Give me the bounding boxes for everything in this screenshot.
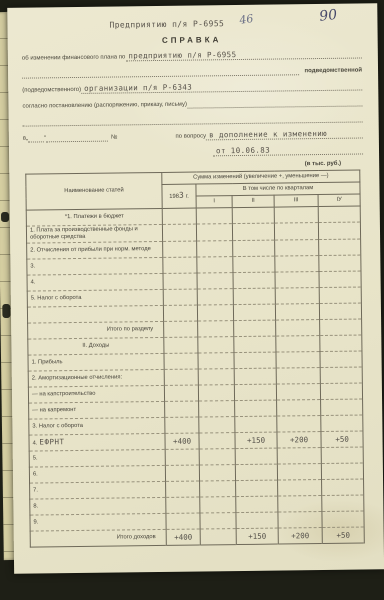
row-label-cell: 5. Налог с оборота [27, 289, 163, 307]
year-value-cell [166, 513, 200, 529]
row-label: Итого по разделу [107, 326, 153, 333]
row-label-cell: 4. [27, 273, 163, 291]
row-label-cell: 1. Прибыль [28, 353, 164, 371]
q4-value-cell: +50 [322, 527, 364, 544]
q3-value-cell [275, 304, 319, 321]
q1-value-cell [198, 321, 234, 337]
row-label: 2. Отчисления от прибыли при норм. метод… [30, 246, 151, 253]
blank-rule [187, 97, 363, 108]
q1-value-cell [200, 481, 236, 497]
row-label-cell: 4.ЕФРНТ [29, 433, 165, 451]
year-value-cell [163, 289, 197, 305]
subordinate-label: подведомственной [304, 66, 362, 75]
row-label: 6. [33, 471, 38, 477]
q2-value-cell [235, 448, 277, 465]
row-label: 7. [33, 487, 38, 493]
row-label: *1. Платежи в бюджет [65, 213, 124, 220]
q1-value-cell [198, 337, 234, 353]
q1-value-cell [198, 385, 234, 401]
binding-mark [1, 212, 9, 222]
q3-value-cell [276, 336, 320, 353]
form-line-organization: (подведомственного) организации п/я Р-63… [22, 81, 362, 94]
q2-value-cell [235, 400, 277, 417]
q3-value-cell [278, 512, 322, 529]
year-typed-digit: 3 [179, 191, 184, 200]
spacer [118, 141, 176, 142]
row-label-cell: *1. Платежи в бюджет [26, 208, 162, 226]
q2-value-cell [236, 512, 278, 529]
row-label-cell: 3. [27, 257, 163, 275]
year-prefix: 198 [169, 194, 179, 200]
q3-value-cell [278, 496, 322, 513]
year-value-cell [164, 385, 198, 401]
q1-value-cell [197, 289, 233, 305]
q1-value-cell [196, 224, 232, 241]
number-sign: № [111, 133, 118, 141]
q1-value-cell [200, 529, 236, 545]
q1-value-cell [197, 241, 233, 257]
q3-value-cell [274, 207, 318, 224]
year-value-cell [166, 481, 200, 497]
plan-change-label: об изменении финансового плана по [22, 53, 126, 62]
form-line-blank [23, 113, 363, 126]
q4-value-cell [320, 335, 362, 352]
q4-value-cell [322, 511, 364, 528]
q4-value-cell [319, 303, 361, 320]
q4-value-cell [320, 383, 362, 400]
q1-value-cell [199, 417, 235, 433]
row-label: 5. [33, 455, 38, 461]
row-label-cell: 7. [30, 481, 166, 499]
quarter-1-header: I [196, 196, 232, 208]
table-header: Наименование статей Сумма изменений (уве… [26, 170, 360, 210]
row-label-cell: — на капстроительство [28, 385, 164, 403]
row-label: 4. [33, 440, 38, 446]
document-title: СПРАВКА [22, 33, 362, 46]
q3-value-cell [276, 384, 320, 401]
year-value-cell [163, 257, 197, 273]
question-label: по вопросу [175, 132, 206, 140]
year-value-cell [165, 401, 199, 417]
q4-value-cell [322, 495, 364, 512]
q3-value-cell [277, 416, 321, 433]
q4-value-cell [320, 319, 362, 336]
q2-value-cell [235, 464, 277, 481]
q2-value-cell: +150 [235, 432, 277, 449]
q3-value-cell [274, 223, 318, 241]
handwritten-number-right: 90 [318, 7, 338, 25]
blank-rule [22, 66, 300, 78]
q4-value-cell [318, 206, 360, 223]
q1-value-cell [199, 449, 235, 465]
year-value-cell [164, 369, 198, 385]
row-label-cell: Итого по разделу [28, 321, 164, 339]
q1-value-cell [199, 401, 235, 417]
q1-value-cell [197, 305, 233, 321]
typed-row-label: ЕФРНТ [39, 437, 64, 446]
q1-value-cell [198, 353, 234, 369]
handwritten-number-left: 46 [239, 12, 255, 27]
q4-value-cell [320, 367, 362, 384]
row-label: II. Доходы [82, 343, 109, 349]
row-label-cell: 1. Плата за производственные фонды и обо… [26, 224, 162, 243]
row-label: 1. Плата за производственные фонды и обо… [30, 226, 138, 240]
q3-value-cell: +200 [278, 528, 322, 545]
blank-rule [23, 113, 363, 126]
q4-value-cell [319, 239, 361, 256]
q4-value-cell [320, 351, 362, 368]
q2-value-cell [233, 256, 275, 273]
table-body: *1. Платежи в бюджет 1. Плата за произво… [26, 206, 364, 547]
q2-value-cell [236, 496, 278, 513]
column-header-names: Наименование статей [26, 172, 162, 210]
changes-table: Наименование статей Сумма изменений (уве… [25, 170, 365, 548]
q1-value-cell [200, 513, 236, 529]
year-value-cell [163, 241, 197, 257]
q1-value-cell [198, 369, 234, 385]
row-label: Итого доходов [117, 534, 156, 540]
q2-value-cell [234, 368, 276, 385]
row-label-cell: Итого доходов [30, 529, 166, 547]
q3-value-cell [276, 368, 320, 385]
year-value-cell [162, 224, 196, 241]
q3-value-cell [275, 240, 319, 257]
q4-value-cell [319, 287, 361, 304]
q4-value-cell [319, 271, 361, 288]
row-label: 9. [33, 519, 38, 525]
q3-value-cell [275, 272, 319, 289]
row-label-cell: 3. Налог с оборота [29, 417, 165, 435]
row-label-cell: II. Доходы [28, 337, 164, 355]
row-label-cell: — на капремонт [29, 401, 165, 419]
row-label-cell: 2. Отчисления от прибыли при норм. метод… [27, 241, 163, 259]
q3-value-cell [277, 464, 321, 481]
q4-value-cell [321, 399, 363, 416]
document-content: 46 90 Предприятию п/я Р-6955 СПРАВКА об … [7, 3, 384, 547]
row-label: 2. Амортизационные отчисления: [32, 374, 122, 381]
binding-mark [2, 304, 10, 318]
q4-value-cell [321, 415, 363, 432]
q4-value-cell [318, 222, 360, 240]
q3-value-cell: +200 [277, 432, 321, 449]
question-date-value: от 10.06.83 [213, 145, 363, 156]
q3-value-cell [275, 256, 319, 273]
q3-value-cell [277, 448, 321, 465]
quarter-2-header: II [232, 195, 274, 208]
year-value-cell [165, 449, 199, 465]
q1-value-cell [197, 257, 233, 273]
row-label-cell: 8. [30, 497, 166, 515]
form-line-plan: об изменении финансового плана по предпр… [22, 49, 362, 62]
year-value-cell [163, 273, 197, 289]
quarter-3-header: III [274, 195, 318, 208]
form-line-according: согласно постановлению (распоряжению, пр… [22, 97, 362, 110]
row-label: 4. [31, 280, 36, 286]
q3-value-cell [278, 480, 322, 497]
plan-change-value: предприятию п/я Р-6955 [125, 49, 362, 61]
year-value-cell [163, 305, 197, 321]
q2-value-cell [236, 480, 278, 497]
q2-value-cell [233, 240, 275, 257]
year-value-cell [166, 497, 200, 513]
year-value-cell: +400 [166, 529, 200, 545]
year-value-cell [164, 337, 198, 353]
row-label: 5. Налог с оборота [31, 295, 82, 302]
month-blank [46, 133, 108, 143]
year-value-cell [164, 321, 198, 337]
row-label-cell: 6. [29, 465, 165, 483]
row-label-cell: 5. [29, 449, 165, 467]
year-value-cell: +400 [165, 433, 199, 449]
row-label-cell: 2. Амортизационные отчисления: [28, 369, 164, 387]
q2-value-cell [234, 352, 276, 369]
q2-value-cell: +150 [236, 528, 278, 545]
year-suffix: г. [186, 194, 189, 200]
row-label: — на капремонт [32, 407, 76, 414]
q2-value-cell [232, 223, 274, 241]
row-label: 3. Налог с оборота [32, 423, 83, 430]
q2-value-cell [234, 336, 276, 353]
row-label-cell [27, 305, 163, 323]
column-header-year: 1983 г. [162, 184, 196, 208]
q1-value-cell [197, 273, 233, 289]
q2-value-cell [234, 384, 276, 401]
subordinate-of-label: (подведомственного) [22, 86, 81, 95]
q4-value-cell [321, 447, 363, 464]
q2-value-cell [233, 288, 275, 305]
row-label-cell: 9. [30, 513, 166, 531]
q4-value-cell [321, 463, 363, 480]
q4-value-cell [322, 479, 364, 496]
q2-value-cell [233, 272, 275, 289]
according-label: согласно постановлению (распоряжению, пр… [22, 101, 187, 111]
q3-value-cell [277, 400, 321, 417]
table-row: Итого доходов +400 +150 +200 +50 [30, 527, 364, 547]
row-label: 8. [33, 503, 38, 509]
year-value-cell [165, 417, 199, 433]
form-line-question-2: от 10.06.83 [213, 145, 363, 156]
q4-value-cell [319, 255, 361, 272]
q3-value-cell [276, 352, 320, 369]
row-label: — на капстроительство [32, 391, 96, 398]
year-value-cell [162, 208, 196, 224]
q1-value-cell [200, 497, 236, 513]
q4-value-cell: +50 [321, 431, 363, 448]
units-note: (в тыс. руб.) [23, 161, 341, 171]
form-line-subordinate: подведомственной [22, 65, 362, 78]
q3-value-cell [276, 320, 320, 337]
q1-value-cell [199, 433, 235, 449]
row-label: 1. Прибыль [32, 359, 63, 365]
quarter-4-header: IУ [318, 194, 360, 207]
q1-value-cell [196, 208, 232, 224]
q2-value-cell [234, 320, 276, 337]
row-label: 3. [30, 264, 35, 270]
organization-value: организации п/я Р-6343 [81, 81, 362, 93]
q2-value-cell [235, 416, 277, 433]
date-blank [28, 133, 44, 142]
document-page: 46 90 Предприятию п/я Р-6955 СПРАВКА об … [7, 3, 384, 573]
q2-value-cell [232, 207, 274, 224]
form-line-question: в „ “ № по вопросу в дополнение к измене… [23, 129, 363, 142]
year-value-cell [164, 353, 198, 369]
q3-value-cell [275, 288, 319, 305]
year-value-cell [165, 465, 199, 481]
question-value: в дополнение к изменению [206, 129, 363, 140]
q1-value-cell [199, 465, 235, 481]
q2-value-cell [233, 304, 275, 321]
